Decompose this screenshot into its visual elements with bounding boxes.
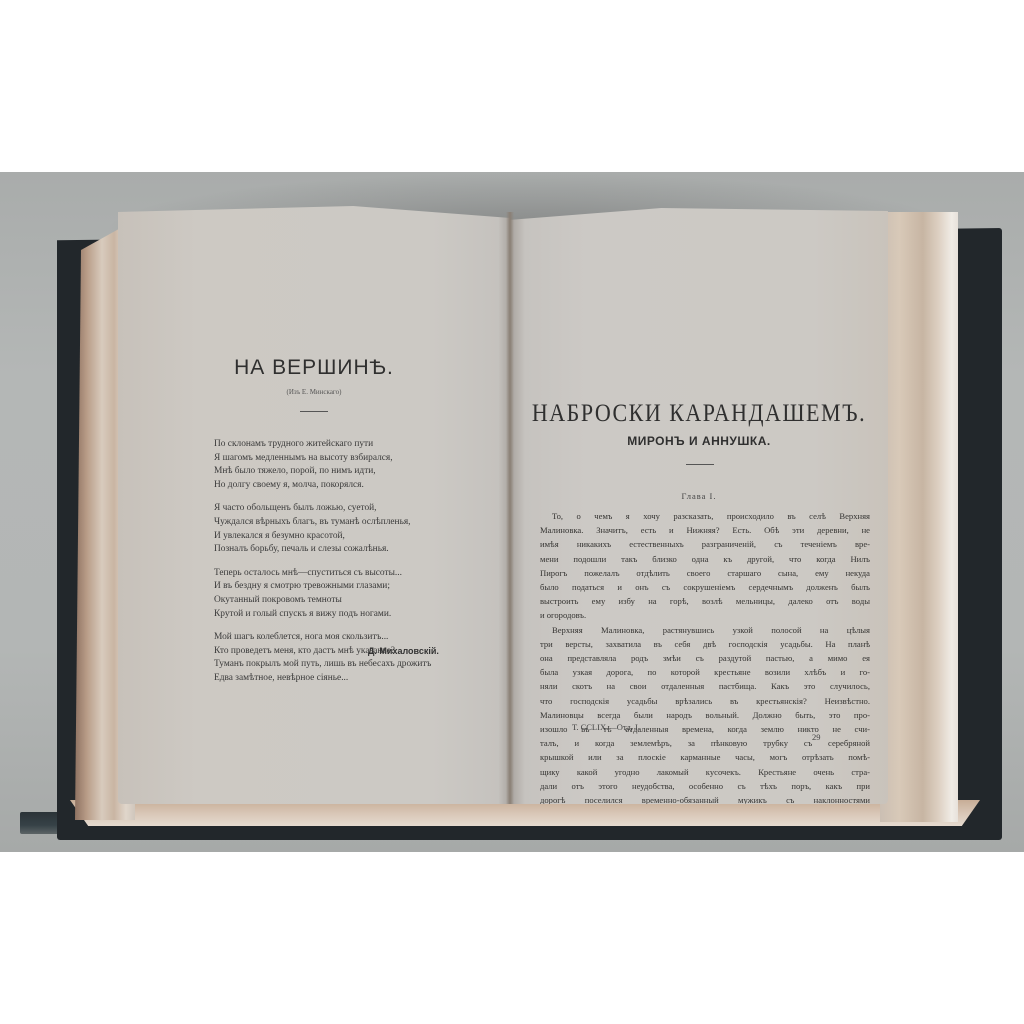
poem-line: Туманъ покрылъ мой путь, лишь въ небесах… xyxy=(214,658,504,672)
prose-line: щику какой угодно лакомый кусочекъ. Крес… xyxy=(540,765,870,779)
prose-line: Пирогъ пожелалъ отдѣлить своего старшаго… xyxy=(540,566,870,580)
prose-line: Малиновцы всегда были народъ вольный. До… xyxy=(540,708,870,722)
chapter-heading: Глава I. xyxy=(510,491,888,501)
poem-line: Я часто обольщенъ былъ ложью, суетой, xyxy=(214,502,504,516)
poem-line: Чуждался вѣрныхъ благъ, въ туманѣ ослѣпл… xyxy=(214,516,504,530)
poem-title: НА ВЕРШИНѢ. xyxy=(118,356,510,380)
stanza: По склонамъ трудного житейскаго пути Я ш… xyxy=(214,438,504,492)
stanza: Я часто обольщенъ былъ ложью, суетой, Чу… xyxy=(214,502,504,556)
poem-line: Позналъ борьбу, печаль и слезы сожалѣнья… xyxy=(214,543,504,557)
story-subtitle: МИРОНЪ И АННУШКА. xyxy=(510,434,888,448)
poem-body: По склонамъ трудного житейскаго пути Я ш… xyxy=(214,438,504,696)
book-gutter xyxy=(506,212,514,804)
prose-line: выстроить ему избу на горѣ, возлѣ мельни… xyxy=(540,594,870,608)
prose-line: было податься и онъ съ сокрушеніемъ серд… xyxy=(540,580,870,594)
prose-line: талъ, и когда землемѣръ, за пѣнковую тру… xyxy=(540,736,870,750)
book-photo: НА ВЕРШИНѢ. (Изъ Е. Минскаго) По склонам… xyxy=(0,172,1024,852)
left-page: НА ВЕРШИНѢ. (Изъ Е. Минскаго) По склонам… xyxy=(118,206,510,804)
prose-line: Верхняя Малиновка, растянувшись узкой по… xyxy=(540,623,870,637)
prose-line: она представляла родъ змѣи съ раздутой п… xyxy=(540,651,870,665)
page-number: 29 xyxy=(812,732,821,742)
prose-line: Малиновка. Значитъ, есть и Нижняя? Есть.… xyxy=(540,523,870,537)
poem-line: Едва замѣтное, невѣрное сіянье... xyxy=(214,672,504,686)
poem-attribution: (Изъ Е. Минскаго) xyxy=(118,388,510,396)
poem-line: Мнѣ было тяжело, порой, по нимъ идти, xyxy=(214,465,504,479)
poem-line: Кто проведетъ меня, кто дастъ мнѣ указан… xyxy=(214,645,504,659)
poem-line: И увлекался я безумно красотой, xyxy=(214,530,504,544)
poem-line: Крутой и голый спускъ я вижу подъ ногами… xyxy=(214,608,504,622)
right-page: НАБРОСКИ КАРАНДАШЕМЪ. МИРОНЪ И АННУШКА. … xyxy=(510,208,888,804)
stanza: Теперь осталось мнѣ—спуститься съ высоты… xyxy=(214,567,504,621)
poem-signature: Д. Михаловскій. xyxy=(368,646,439,656)
prose-line: То, о чемъ я хочу разсказать, происходил… xyxy=(540,509,870,523)
poem-line: Но долгу своему я, молча, покорялся. xyxy=(214,479,504,493)
prose-line: что господскія усадьбы врѣзались въ крес… xyxy=(540,694,870,708)
prose-line: и огородовъ. xyxy=(540,608,870,622)
poem-line: И въ бездну я смотрю тревожными глазами; xyxy=(214,580,504,594)
story-title: НАБРОСКИ КАРАНДАШЕМЪ. xyxy=(510,398,888,428)
prose-line: имѣя никакихъ естественныхъ разграничені… xyxy=(540,537,870,551)
title-divider xyxy=(300,411,328,412)
prose-line: няли скотъ на свои отдаленныя пастбища. … xyxy=(540,679,870,693)
page-stack-right xyxy=(880,212,958,822)
story-body: То, о чемъ я хочу разсказать, происходил… xyxy=(540,509,870,836)
prose-line: была узкая дорога, по которой крестьяне … xyxy=(540,665,870,679)
stanza: Мой шагъ колеблется, нога моя скользитъ.… xyxy=(214,631,504,685)
poem-line: Окутанный покровомъ темноты xyxy=(214,594,504,608)
poem-line: По склонамъ трудного житейскаго пути xyxy=(214,438,504,452)
prose-line: мени подошли такъ близко одна къ другой,… xyxy=(540,552,870,566)
poem-line: Мой шагъ колеблется, нога моя скользитъ.… xyxy=(214,631,504,645)
footer-signature: Т. CCLIX.—Отд. I. xyxy=(572,722,640,732)
prose-line: дали отъ этого неудобства, особенно съ т… xyxy=(540,779,870,793)
poem-line: Теперь осталось мнѣ—спуститься съ высоты… xyxy=(214,567,504,581)
title-divider xyxy=(686,464,714,465)
prose-line: три версты, захватила въ себя двѣ господ… xyxy=(540,637,870,651)
poem-line: Я шагомъ медленнымъ на высоту взбирался, xyxy=(214,452,504,466)
prose-line: крышкой или за плоскіе карманные часы, м… xyxy=(540,750,870,764)
